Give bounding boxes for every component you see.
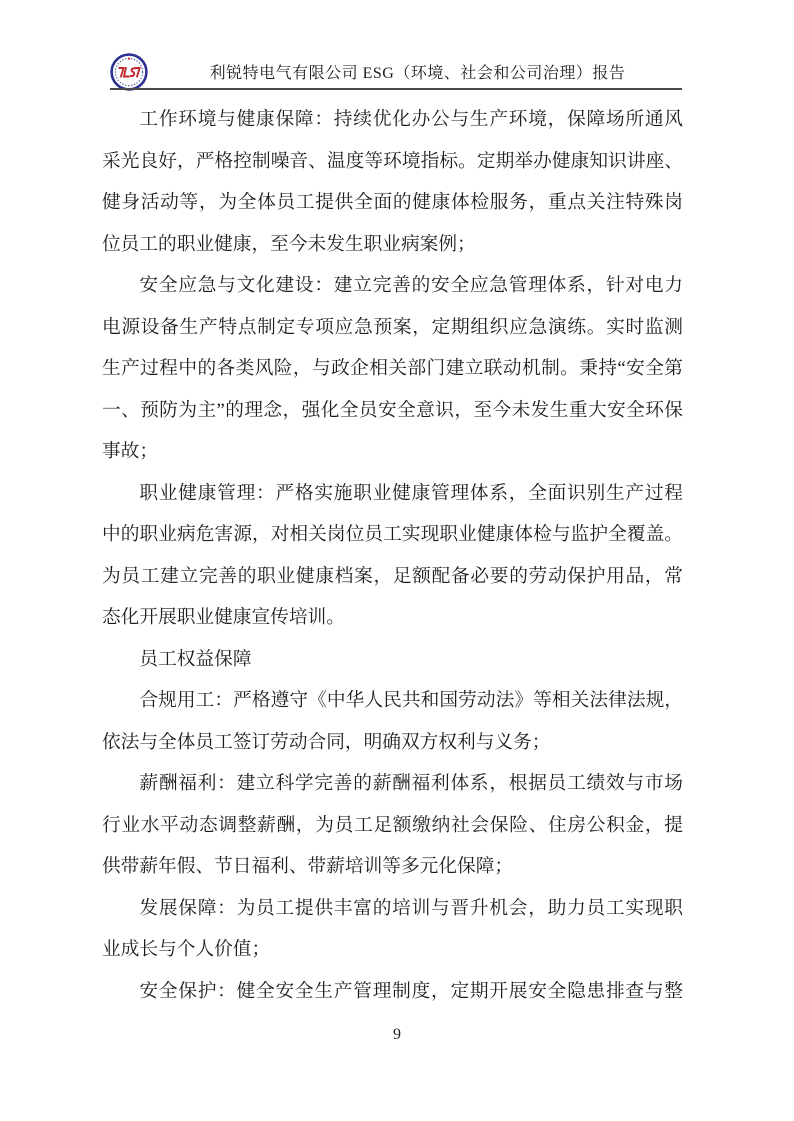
page-footer: 9 [0, 1026, 794, 1044]
page-number: 9 [393, 1026, 401, 1043]
company-logo-icon [110, 53, 148, 91]
text-line: 位员工的职业健康，至今未发生职业病案例； [102, 224, 683, 266]
paragraph: 员工权益保障 [102, 639, 683, 681]
document-page: 利锐特电气有限公司 ESG（环境、社会和公司治理）报告 工作环境与健康保障：持续… [0, 0, 794, 1121]
report-header-title: 利锐特电气有限公司 ESG（环境、社会和公司治理）报告 [152, 60, 683, 83]
document-body: 工作环境与健康保障：持续优化办公与生产环境，保障场所通风采光良好，严格控制噪音、… [102, 99, 683, 1012]
text-line: 行业水平动态调整薪酬，为员工足额缴纳社会保险、住房公积金，提 [102, 805, 683, 847]
text-line: 合规用工：严格遵守《中华人民共和国劳动法》等相关法律法规， [102, 680, 683, 722]
text-line: 安全应急与文化建设：建立完善的安全应急管理体系，针对电力 [102, 265, 683, 307]
text-line: 发展保障：为员工提供丰富的培训与晋升机会，助力员工实现职 [102, 888, 683, 930]
text-line: 一、预防为主”的理念，强化全员安全意识，至今未发生重大安全环保 [102, 390, 683, 432]
paragraph: 薪酬福利：建立科学完善的薪酬福利体系，根据员工绩效与市场行业水平动态调整薪酬，为… [102, 763, 683, 888]
paragraph: 合规用工：严格遵守《中华人民共和国劳动法》等相关法律法规，依法与全体员工签订劳动… [102, 680, 683, 763]
paragraph: 工作环境与健康保障：持续优化办公与生产环境，保障场所通风采光良好，严格控制噪音、… [102, 99, 683, 265]
text-line: 事故； [102, 431, 683, 473]
text-line: 供带薪年假、节日福利、带薪培训等多元化保障； [102, 846, 683, 888]
text-line: 职业健康管理：严格实施职业健康管理体系，全面识别生产过程 [102, 473, 683, 515]
text-line: 薪酬福利：建立科学完善的薪酬福利体系，根据员工绩效与市场 [102, 763, 683, 805]
text-line: 采光良好，严格控制噪音、温度等环境指标。定期举办健康知识讲座、 [102, 141, 683, 183]
paragraph: 职业健康管理：严格实施职业健康管理体系，全面识别生产过程中的职业病危害源，对相关… [102, 473, 683, 639]
text-line: 健身活动等，为全体员工提供全面的健康体检服务，重点关注特殊岗 [102, 182, 683, 224]
text-line: 中的职业病危害源，对相关岗位员工实现职业健康体检与监护全覆盖。 [102, 514, 683, 556]
text-line: 安全保护：健全安全生产管理制度，定期开展安全隐患排查与整 [102, 971, 683, 1013]
text-line: 态化开展职业健康宣传培训。 [102, 597, 683, 639]
text-line: 生产过程中的各类风险，与政企相关部门建立联动机制。秉持“安全第 [102, 348, 683, 390]
text-line: 工作环境与健康保障：持续优化办公与生产环境，保障场所通风 [102, 99, 683, 141]
text-line: 电源设备生产特点制定专项应急预案，定期组织应急演练。实时监测 [102, 307, 683, 349]
text-line: 为员工建立完善的职业健康档案，足额配备必要的劳动保护用品，常 [102, 556, 683, 598]
text-line: 员工权益保障 [102, 639, 683, 681]
text-line: 依法与全体员工签订劳动合同，明确双方权利与义务； [102, 722, 683, 764]
text-line: 业成长与个人价值； [102, 929, 683, 971]
paragraph: 安全应急与文化建设：建立完善的安全应急管理体系，针对电力电源设备生产特点制定专项… [102, 265, 683, 473]
paragraph: 发展保障：为员工提供丰富的培训与晋升机会，助力员工实现职业成长与个人价值； [102, 888, 683, 971]
header-divider [110, 88, 682, 90]
paragraph: 安全保护：健全安全生产管理制度，定期开展安全隐患排查与整 [102, 971, 683, 1013]
